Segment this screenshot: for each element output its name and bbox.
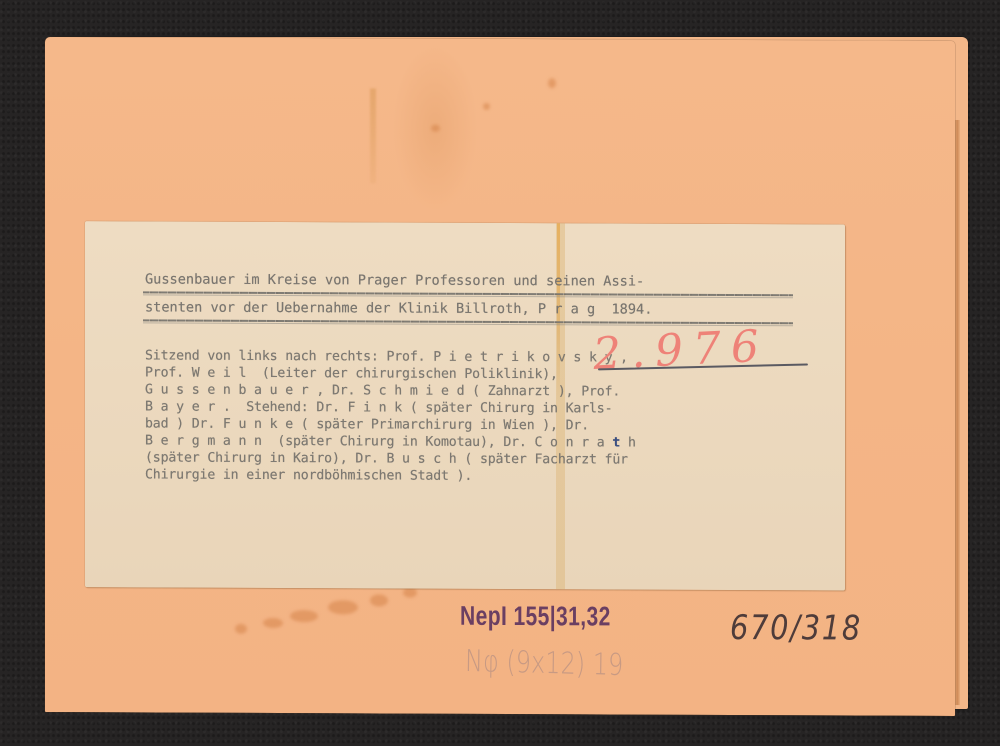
red-crayon-number: 2.976 [592,321,770,380]
rust-spot [263,618,283,628]
ink-correction-letter: t [612,435,620,450]
pencil-note: Nφ (9x12) 19 [465,644,624,683]
rust-spot [403,588,417,598]
rust-spot [328,600,358,614]
title-underline-1 [143,291,793,296]
caption-title-line-2: stenten vor der Uebernahme der Klinik Bi… [145,299,652,317]
caption-body-line-5: bad ) Dr. F u n k e ( später Primarchiru… [145,416,589,433]
rust-spot [483,103,490,110]
caption-body-line-1: Sitzend von links nach rechts: Prof. P i… [145,348,628,365]
water-stain [370,88,376,183]
pen-inventory-number: 670/318 [730,608,862,649]
caption-body-line-8: Chirurgie in einer nordböhmischen Stadt … [145,467,472,483]
caption-body-line-7: (später Chirurg in Kairo), Dr. B u s c h… [145,450,628,467]
rust-spot [548,78,556,88]
caption-body-line-6: B e r g m a n n (später Chirurg in Komot… [145,433,636,450]
caption-label: Gussenbauer im Kreise von Prager Profess… [85,221,845,590]
mount-card: Gussenbauer im Kreise von Prager Profess… [45,37,955,716]
card-fold-edge [955,120,960,705]
caption-body-line-2: Prof. W e i l (Leiter der chirurgischen … [145,365,558,382]
body-line-6-text: B e r g m a n n (später Chirurg in Komot… [145,433,612,450]
rust-spot [235,624,247,634]
rust-spot [290,610,318,622]
ink-shelfmark: NepI 155|31,32 [460,601,611,633]
caption-body-line-3: G u s s e n b a u e r , Dr. S c h m i e … [145,382,620,399]
body-line-6-tail: h [620,436,636,451]
caption-body-line-4: B a y e r . Stehend: Dr. F i n k ( späte… [145,399,612,416]
rust-spot [370,594,388,606]
caption-title-line-1: Gussenbauer im Kreise von Prager Profess… [145,271,644,289]
rust-spot [431,125,440,132]
